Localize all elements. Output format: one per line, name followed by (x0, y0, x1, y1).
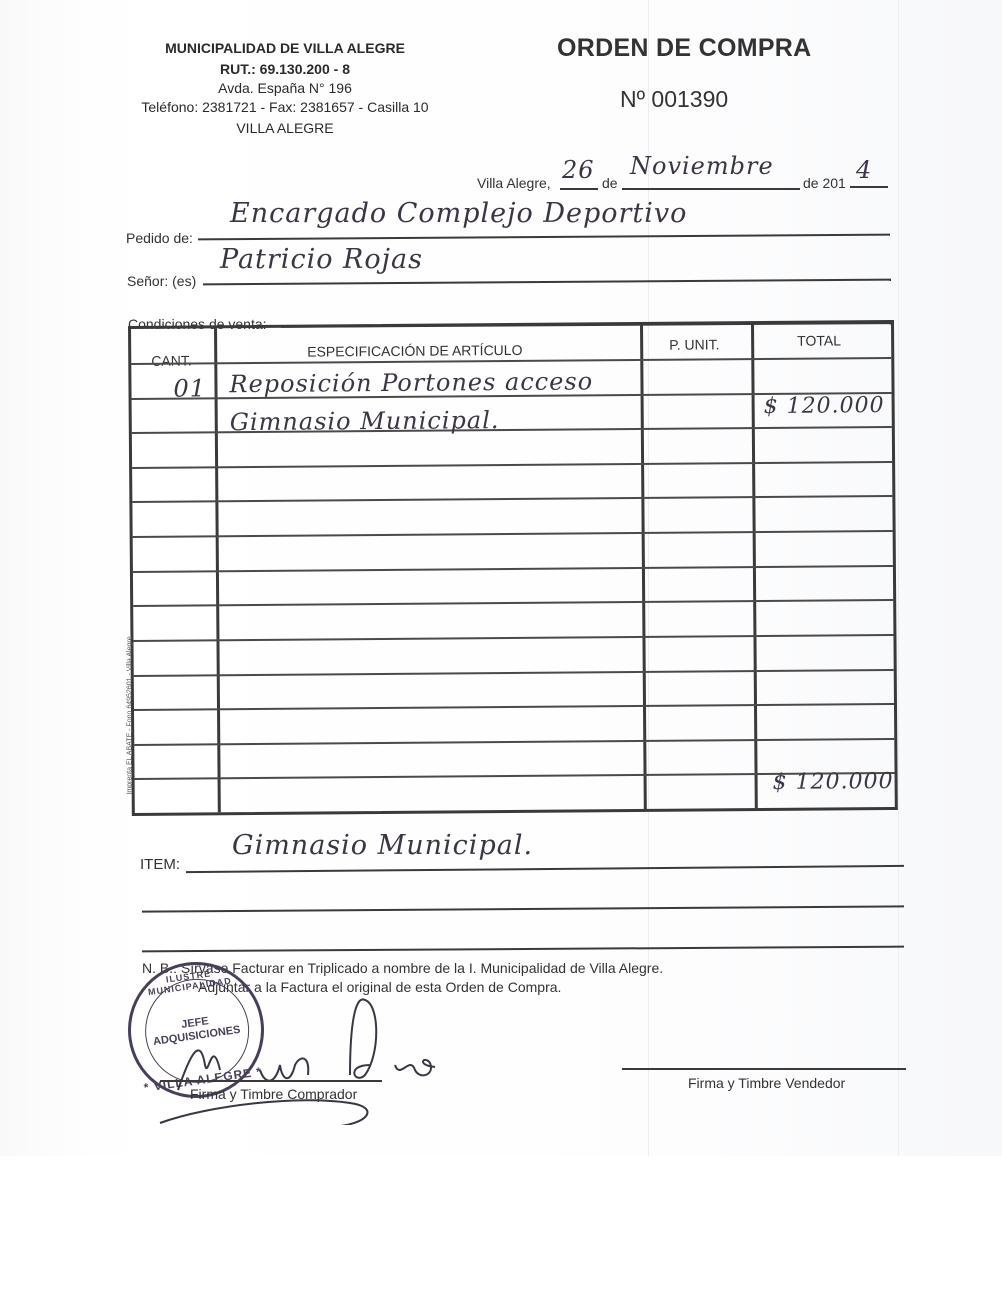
printer-credit: Imprenta EL ABATE - Fono 64952601 - Vill… (127, 616, 134, 816)
table-row-divider (134, 738, 894, 746)
date-de1: de (602, 175, 618, 191)
buyer-signature-line[interactable] (160, 1080, 382, 1082)
row2-spec[interactable]: Gimnasio Municipal. (230, 406, 500, 436)
document-title: ORDEN DE COMPRA (557, 34, 812, 63)
header-cant: CANT. (151, 353, 192, 369)
items-table: CANT. ESPECIFICACIÓN DE ARTÍCULO P. UNIT… (128, 320, 898, 816)
row1-spec[interactable]: Reposición Portones acceso (229, 367, 593, 398)
date-year-digit[interactable]: 4 (856, 156, 872, 184)
table-row-divider (132, 495, 892, 503)
issuer-address: Avda. España N° 196 (120, 80, 450, 96)
row2-total[interactable]: $ 120.000 (764, 393, 885, 419)
vendor-signature-line[interactable] (622, 1068, 906, 1070)
table-row-divider (132, 461, 892, 469)
day-line (560, 188, 598, 190)
month-line (622, 188, 800, 190)
table-row-divider (133, 530, 893, 538)
date-day[interactable]: 26 (562, 156, 595, 184)
senor-value[interactable]: Patricio Rojas (220, 244, 423, 275)
date-month[interactable]: Noviembre (630, 152, 774, 180)
document-number: Nº 001390 (620, 86, 728, 113)
header-spec: ESPECIFICACIÓN DE ARTÍCULO (307, 342, 522, 360)
buyer-signature-label: Firma y Timbre Comprador (190, 1086, 357, 1102)
pedido-value[interactable]: Encargado Complejo Deportivo (230, 198, 687, 229)
table-row-divider (134, 669, 894, 677)
issuer-city: VILLA ALEGRE (120, 120, 450, 136)
year-line (850, 186, 888, 188)
vendor-signature-label: Firma y Timbre Vendedor (688, 1075, 845, 1091)
table-row-divider (131, 357, 891, 365)
senor-label: Señor: (es) (127, 273, 196, 289)
issuer-contact: Teléfono: 2381721 - Fax: 2381657 - Casil… (110, 99, 460, 115)
header-unit: P. UNIT. (669, 336, 719, 352)
item-label: ITEM: (140, 856, 180, 873)
table-row-divider (134, 703, 894, 711)
issuer-rut: RUT.: 69.130.200 - 8 (120, 61, 450, 77)
grand-total[interactable]: $ 120.000 (773, 769, 894, 795)
issuer-name: MUNICIPALIDAD DE VILLA ALEGRE (120, 40, 450, 56)
row1-cant[interactable]: 01 (173, 374, 206, 402)
header-total: TOTAL (797, 332, 841, 348)
table-row-divider (133, 634, 893, 642)
date-de2: de 201 (803, 175, 846, 191)
fold-line (898, 0, 899, 1156)
buyer-signature-scribble (150, 995, 450, 1125)
date-prefix: Villa Alegre, (477, 175, 551, 191)
item-value[interactable]: Gimnasio Municipal. (232, 830, 533, 861)
table-row-divider (133, 599, 893, 607)
pedido-label: Pedido de: (126, 230, 193, 246)
table-row-divider (133, 565, 893, 573)
